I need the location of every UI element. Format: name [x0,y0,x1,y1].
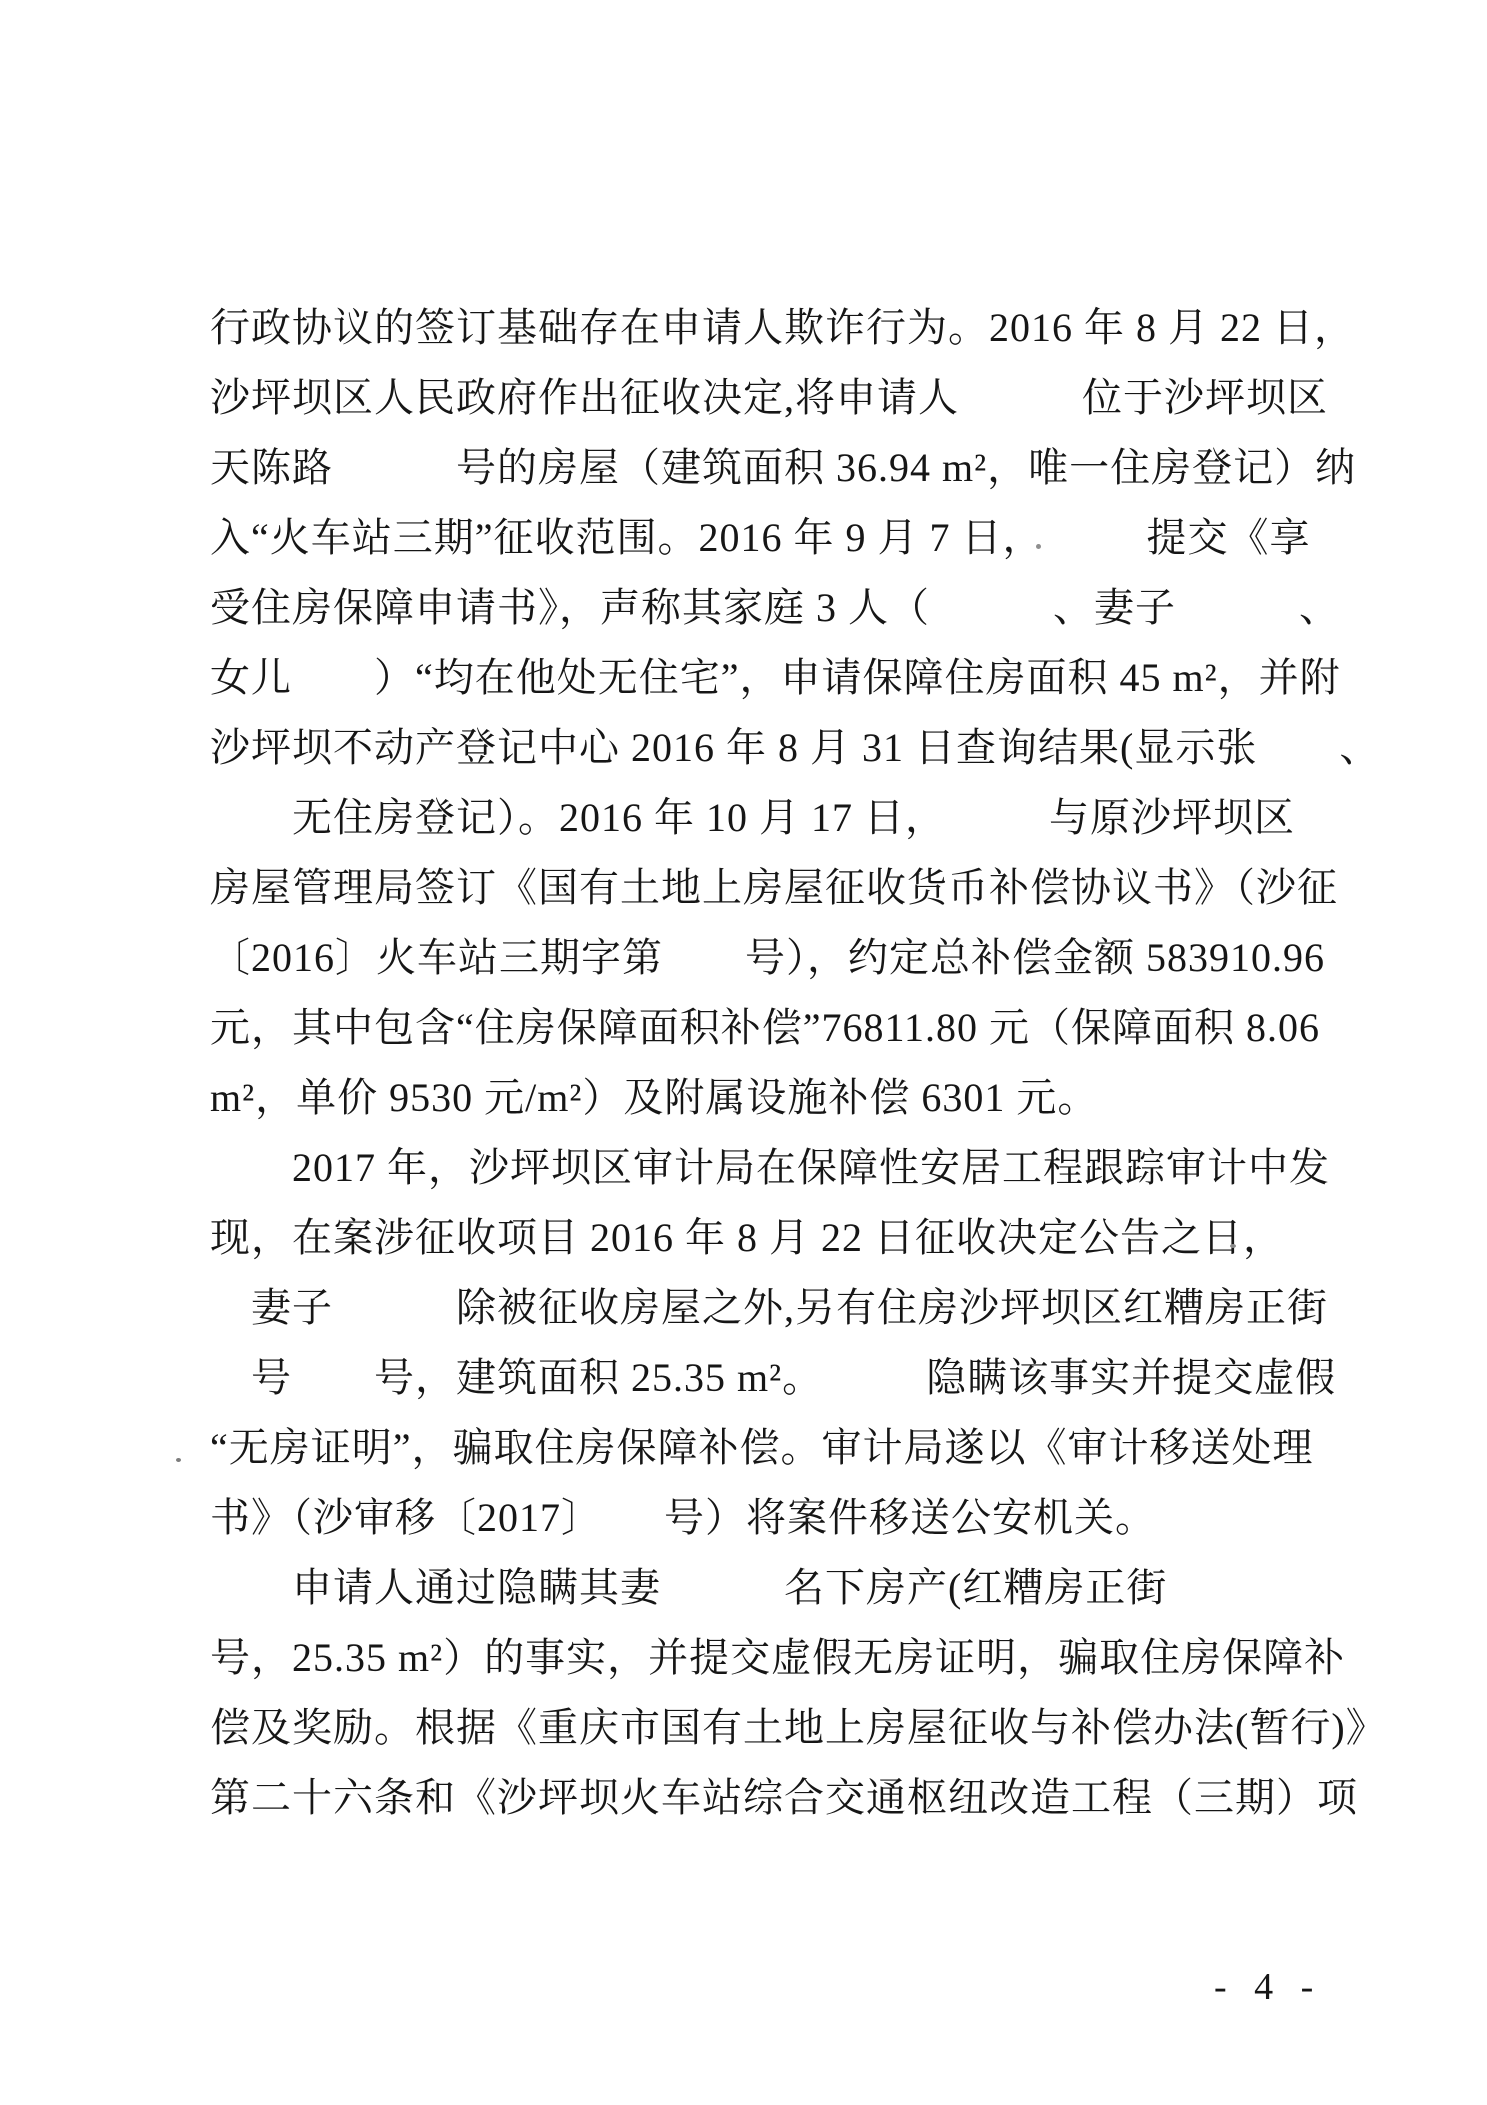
document-line: 受住房保障申请书》，声称其家庭 3 人（ 、妻子 、 [210,573,1318,643]
document-line: 号 号，建筑面积 25.35 m²。 隐瞒该事实并提交虚假 [210,1343,1318,1413]
document-line: 沙坪坝不动产登记中心 2016 年 8 月 31 日查询结果(显示张 、 [210,713,1318,783]
document-line: “无房证明”，骗取住房保障补偿。审计局遂以《审计移送处理 [210,1413,1318,1483]
document-page: 行政协议的签订基础存在申请人欺诈行为。2016 年 8 月 22 日， 沙坪坝区… [0,0,1487,2105]
document-line: 第二十六条和《沙坪坝火车站综合交通枢纽改造工程（三期）项 [210,1763,1318,1833]
document-line: 行政协议的签订基础存在申请人欺诈行为。2016 年 8 月 22 日， [210,293,1318,363]
scan-artifact [1230,1244,1236,1248]
page-number: - 4 - [1214,1967,1322,2007]
document-line: 房屋管理局签订《国有土地上房屋征收货币补偿协议书》（沙征 [210,853,1318,923]
document-line: 入“火车站三期”征收范围。2016 年 9 月 7 日， 提交《享 [210,503,1318,573]
scan-artifact [1036,544,1041,549]
document-line: 天陈路 号的房屋（建筑面积 36.94 m²，唯一住房登记）纳 [210,433,1318,503]
document-line: 书》（沙审移〔2017〕 号）将案件移送公安机关。 [210,1483,1318,1553]
document-line: 2017 年，沙坪坝区审计局在保障性安居工程跟踪审计中发 [210,1133,1318,1203]
document-body: 行政协议的签订基础存在申请人欺诈行为。2016 年 8 月 22 日， 沙坪坝区… [210,293,1318,1833]
document-line: 无住房登记）。2016 年 10 月 17 日， 与原沙坪坝区 [210,783,1318,853]
document-line: 〔2016〕火车站三期字第 号），约定总补偿金额 583910.96 [210,923,1318,993]
document-line: 女儿 ）“均在他处无住宅”，申请保障住房面积 45 m²，并附 [210,643,1318,713]
document-line: 妻子 除被征收房屋之外,另有住房沙坪坝区红糟房正街 [210,1273,1318,1343]
document-line: 申请人通过隐瞒其妻 名下房产(红糟房正街 [210,1553,1318,1623]
document-line: 偿及奖励。根据《重庆市国有土地上房屋征收与补偿办法(暂行)》 [210,1693,1318,1763]
document-line: m²，单价 9530 元/m²）及附属设施补偿 6301 元。 [210,1063,1318,1133]
document-line: 现，在案涉征收项目 2016 年 8 月 22 日征收决定公告之日， [210,1203,1318,1273]
document-line: 沙坪坝区人民政府作出征收决定,将申请人 位于沙坪坝区 [210,363,1318,433]
document-line: 号，25.35 m²）的事实，并提交虚假无房证明，骗取住房保障补 [210,1623,1318,1693]
scan-artifact [176,1458,181,1462]
document-line: 元，其中包含“住房保障面积补偿”76811.80 元（保障面积 8.06 [210,993,1318,1063]
